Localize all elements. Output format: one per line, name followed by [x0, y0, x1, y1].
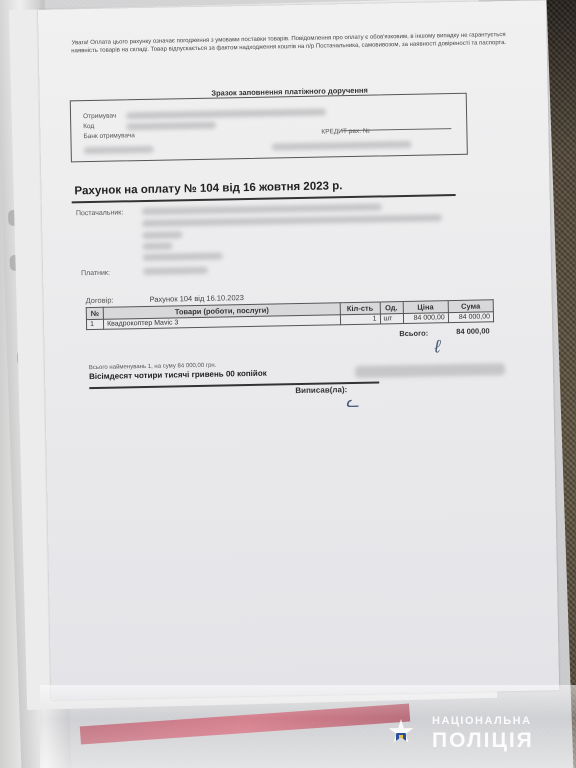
supplier-redacted	[142, 242, 172, 250]
payment-sample-box: Отримувач Код Банк отримувача КРЕДИТ рах…	[70, 93, 468, 163]
contract-label: Договір:	[86, 296, 114, 306]
signature-mark: ℓ	[434, 336, 440, 357]
code-label: Код	[83, 123, 94, 130]
supplier-redacted	[142, 214, 442, 227]
total-value: 84 000,00	[456, 326, 490, 336]
bank-redacted	[84, 146, 154, 154]
payer-redacted	[143, 267, 208, 275]
items-table: № Товари (роботи, послуги) Кіл-сть Од. Ц…	[86, 299, 494, 330]
col-price: Ціна	[403, 301, 448, 314]
col-unit: Од.	[380, 302, 403, 314]
cell-number: 1	[86, 319, 103, 329]
col-number: №	[86, 307, 103, 319]
cell-price: 84 000,00	[403, 313, 448, 324]
issued-by-label: Виписав(ла):	[295, 385, 347, 395]
supplier-redacted	[143, 252, 223, 261]
code-redacted	[126, 122, 216, 131]
watermark-line1: НАЦІОНАЛЬНА	[432, 715, 532, 727]
total-label: Всього:	[399, 329, 428, 339]
supplier-label: Постачальник:	[76, 209, 123, 217]
col-quantity: Кіл-сть	[340, 302, 380, 315]
issuer-signature: ᓚ	[345, 392, 359, 412]
contract-value: Рахунок 104 від 16.10.2023	[149, 293, 244, 304]
issuer-redacted	[355, 363, 505, 378]
watermark-line2: ПОЛІЦІЯ	[432, 729, 534, 753]
police-star-icon	[388, 719, 414, 745]
recipient-label: Отримувач	[83, 113, 116, 121]
col-sum: Сума	[448, 300, 493, 313]
cell-unit: шт	[380, 314, 403, 324]
recipient-redacted	[126, 108, 326, 119]
police-watermark: НАЦІОНАЛЬНА ПОЛІЦІЯ	[388, 713, 568, 763]
bank-label: Банк отримувача	[83, 132, 135, 140]
trident-icon	[396, 733, 406, 744]
payer-label: Платник:	[81, 270, 110, 278]
invoice-title: Рахунок на оплату № 104 від 16 жовтня 20…	[74, 180, 342, 197]
supplier-redacted	[142, 231, 182, 239]
payment-notice: Увага! Оплата цього рахунку означає пого…	[69, 31, 509, 55]
credit-account-redacted	[272, 141, 412, 151]
invoice-document: Увага! Оплата цього рахунку означає пого…	[38, 0, 559, 700]
cell-sum: 84 000,00	[448, 312, 493, 323]
supplier-redacted	[142, 203, 382, 215]
cell-quantity: 1	[340, 314, 380, 325]
